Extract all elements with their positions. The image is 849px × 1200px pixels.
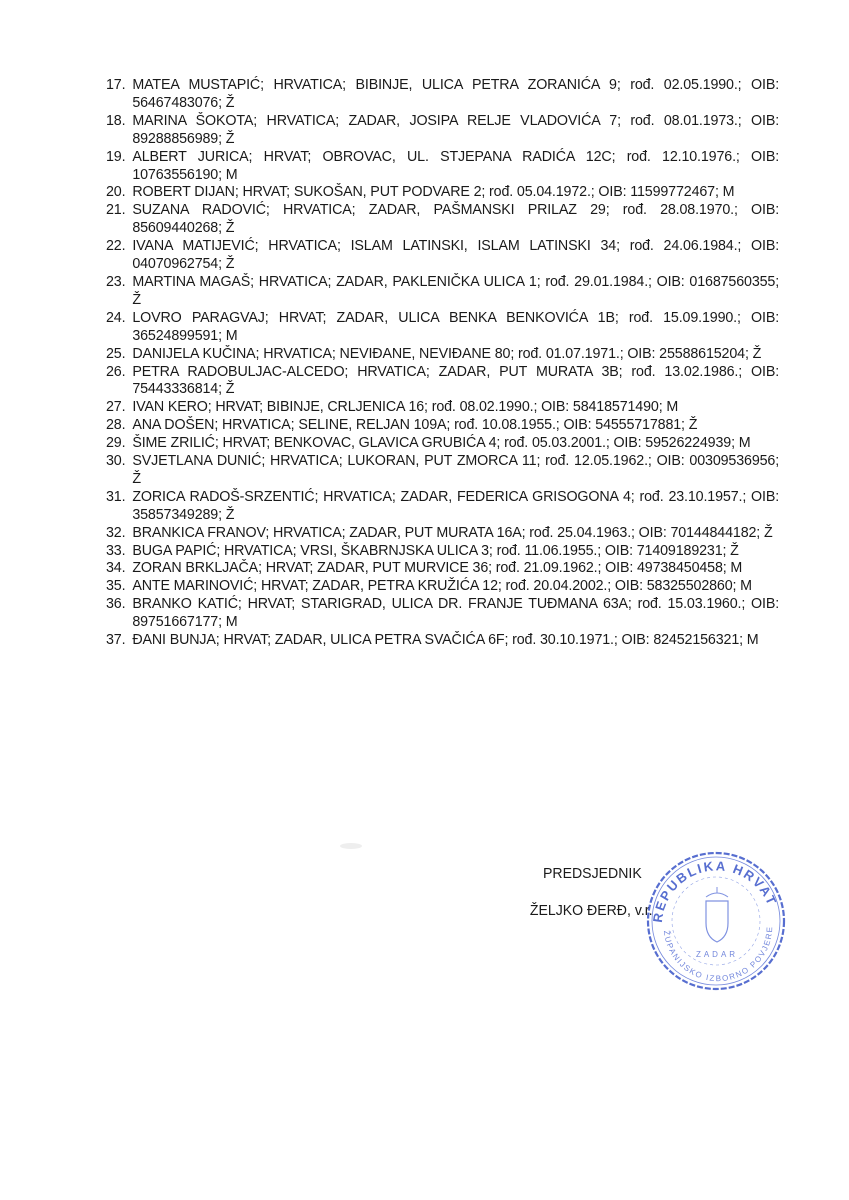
entry-number: 37. (106, 631, 125, 649)
entry-number: 21. (106, 201, 125, 219)
list-item: 34.ZORAN BRKLJAČA; HRVAT; ZADAR, PUT MUR… (106, 559, 779, 577)
entry-text: MARTINA MAGAŠ; HRVATICA; ZADAR, PAKLENIČ… (132, 273, 779, 308)
entry-number: 26. (106, 363, 125, 381)
list-item: 32.BRANKICA FRANOV; HRVATICA; ZADAR, PUT… (106, 524, 779, 542)
entry-text: PETRA RADOBULJAC-ALCEDO; HRVATICA; ZADAR… (132, 363, 779, 398)
entry-text: SUZANA RADOVIĆ; HRVATICA; ZADAR, PAŠMANS… (132, 201, 779, 236)
entry-number: 30. (106, 452, 125, 470)
list-item: 31.ZORICA RADOŠ-SRZENTIĆ; HRVATICA; ZADA… (106, 488, 779, 524)
entry-text: IVAN KERO; HRVAT; BIBINJE, CRLJENICA 16;… (132, 398, 678, 415)
list-item: 17.MATEA MUSTAPIĆ; HRVATICA; BIBINJE, UL… (106, 76, 779, 112)
entry-text: ANA DOŠEN; HRVATICA; SELINE, RELJAN 109A… (132, 416, 697, 433)
list-item: 35.ANTE MARINOVIĆ; HRVAT; ZADAR, PETRA K… (106, 577, 779, 595)
entry-number: 27. (106, 398, 125, 416)
list-item: 30.SVJETLANA DUNIĆ; HRVATICA; LUKORAN, P… (106, 452, 779, 488)
list-item: 23.MARTINA MAGAŠ; HRVATICA; ZADAR, PAKLE… (106, 273, 779, 309)
entry-text: ŠIME ZRILIĆ; HRVAT; BENKOVAC, GLAVICA GR… (132, 434, 750, 451)
list-item: 26.PETRA RADOBULJAC-ALCEDO; HRVATICA; ZA… (106, 363, 779, 399)
entry-number: 29. (106, 434, 125, 452)
list-item: 33.BUGA PAPIĆ; HRVATICA; VRSI, ŠKABRNJSK… (106, 542, 779, 560)
entry-text: MATEA MUSTAPIĆ; HRVATICA; BIBINJE, ULICA… (132, 76, 779, 111)
entry-number: 35. (106, 577, 125, 595)
entry-text: MARINA ŠOKOTA; HRVATICA; ZADAR, JOSIPA R… (132, 112, 779, 147)
entry-number: 18. (106, 112, 125, 130)
entry-number: 19. (106, 148, 125, 166)
entry-text: ANTE MARINOVIĆ; HRVAT; ZADAR, PETRA KRUŽ… (132, 577, 752, 594)
list-item: 18.MARINA ŠOKOTA; HRVATICA; ZADAR, JOSIP… (106, 112, 779, 148)
list-item: 28.ANA DOŠEN; HRVATICA; SELINE, RELJAN 1… (106, 416, 779, 434)
entry-text: ROBERT DIJAN; HRVAT; SUKOŠAN, PUT PODVAR… (132, 183, 734, 200)
signature-title: PREDSJEDNIK (543, 866, 642, 882)
entry-text: ZORICA RADOŠ-SRZENTIĆ; HRVATICA; ZADAR, … (132, 488, 779, 523)
entry-number: 31. (106, 488, 125, 506)
list-item: 29.ŠIME ZRILIĆ; HRVAT; BENKOVAC, GLAVICA… (106, 434, 779, 452)
entry-number: 32. (106, 524, 125, 542)
entry-text: ĐANI BUNJA; HRVAT; ZADAR, ULICA PETRA SV… (132, 631, 758, 648)
entry-number: 24. (106, 309, 125, 327)
entry-number: 23. (106, 273, 125, 291)
entry-text: IVANA MATIJEVIĆ; HRVATICA; ISLAM LATINSK… (132, 237, 779, 272)
official-stamp-icon: REPUBLIKA HRVATSKA ŽUPANIJSKO IZBORNO PO… (640, 843, 790, 993)
entry-text: BUGA PAPIĆ; HRVATICA; VRSI, ŠKABRNJSKA U… (132, 542, 738, 559)
entry-number: 36. (106, 595, 125, 613)
list-item: 22.IVANA MATIJEVIĆ; HRVATICA; ISLAM LATI… (106, 237, 779, 273)
entry-number: 28. (106, 416, 125, 434)
list-item: 37.ĐANI BUNJA; HRVAT; ZADAR, ULICA PETRA… (106, 631, 779, 649)
entry-number: 17. (106, 76, 125, 94)
entry-text: BRANKICA FRANOV; HRVATICA; ZADAR, PUT MU… (132, 524, 772, 541)
entry-number: 34. (106, 559, 125, 577)
entry-text: ZORAN BRKLJAČA; HRVAT; ZADAR, PUT MURVIC… (132, 559, 742, 576)
scan-artifact (340, 843, 362, 849)
signature-name: ŽELJKO ĐERĐ, v.r. (530, 903, 653, 919)
list-item: 19.ALBERT JURICA; HRVAT; OBROVAC, UL. ST… (106, 148, 779, 184)
list-item: 25.DANIJELA KUČINA; HRVATICA; NEVIĐANE, … (106, 345, 779, 363)
candidate-list: 17.MATEA MUSTAPIĆ; HRVATICA; BIBINJE, UL… (106, 76, 752, 649)
entry-text: SVJETLANA DUNIĆ; HRVATICA; LUKORAN, PUT … (132, 452, 779, 487)
list-item: 24.LOVRO PARAGVAJ; HRVAT; ZADAR, ULICA B… (106, 309, 779, 345)
list-item: 20.ROBERT DIJAN; HRVAT; SUKOŠAN, PUT POD… (106, 183, 779, 201)
list-item: 21.SUZANA RADOVIĆ; HRVATICA; ZADAR, PAŠM… (106, 201, 779, 237)
entry-number: 25. (106, 345, 125, 363)
entry-number: 33. (106, 542, 125, 560)
entry-number: 22. (106, 237, 125, 255)
entry-text: BRANKO KATIĆ; HRVAT; STARIGRAD, ULICA DR… (132, 595, 779, 630)
entry-text: DANIJELA KUČINA; HRVATICA; NEVIĐANE, NEV… (132, 345, 761, 362)
list-item: 36.BRANKO KATIĆ; HRVAT; STARIGRAD, ULICA… (106, 595, 779, 631)
entry-number: 20. (106, 183, 125, 201)
entry-text: LOVRO PARAGVAJ; HRVAT; ZADAR, ULICA BENK… (132, 309, 779, 344)
document-page: 17.MATEA MUSTAPIĆ; HRVATICA; BIBINJE, UL… (0, 0, 849, 1200)
list-item: 27.IVAN KERO; HRVAT; BIBINJE, CRLJENICA … (106, 398, 779, 416)
svg-text:ZADAR: ZADAR (696, 950, 738, 959)
entry-text: ALBERT JURICA; HRVAT; OBROVAC, UL. STJEP… (132, 148, 779, 183)
